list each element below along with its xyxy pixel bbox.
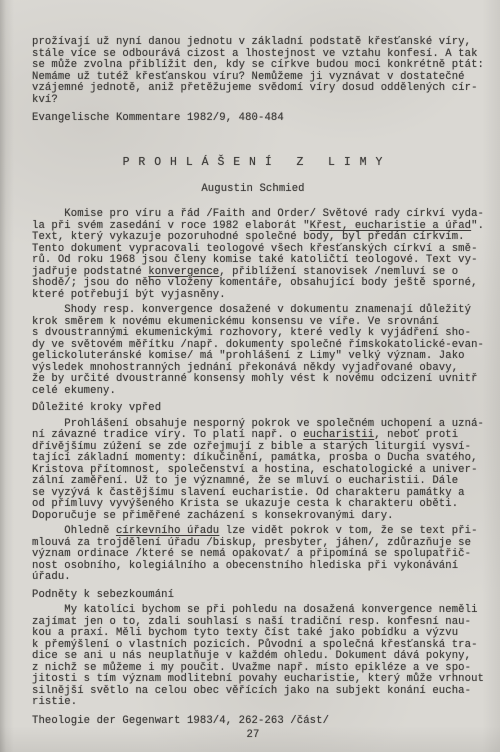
paragraph: Ohledně církevního úřadu lze vidět pokro… — [32, 526, 474, 584]
article-title: P R O H L Á Š E N Í Z L I M Y — [32, 156, 474, 170]
text-line: kví? — [32, 95, 474, 107]
underlined-text: eucharistii — [303, 429, 374, 441]
source-citation: Evangelische Kommentare 1982/9, 480-484 — [32, 113, 474, 125]
article-author: Augustin Schmied — [32, 184, 474, 196]
text-line: úřadu. — [32, 572, 474, 584]
text-line: silnější světlo na celou obec věřících j… — [32, 686, 474, 698]
text-line: Text, který vykazuje pozoruhodné společn… — [32, 232, 474, 244]
text-line: Ohledně církevního úřadu lze vidět pokro… — [32, 526, 474, 538]
paragraph: Shody resp. konvergence dosažené v dokum… — [32, 305, 474, 397]
page-number: 27 — [32, 730, 474, 742]
page-content: prožívají už nyní danou jednotu v základ… — [0, 0, 500, 742]
text-line: kou a praxí. Měli bychom tyto texty číst… — [32, 628, 474, 640]
text-line: gelickoluteránské komise/ má "prohlášení… — [32, 351, 474, 363]
text-line: které potřebují být vyjasněny. — [32, 290, 474, 302]
text-line: vzájemné jednotě, aniž přetěžujeme svědo… — [32, 83, 474, 95]
text-line: tající základní momenty: díkučinění, pam… — [32, 453, 474, 465]
text-line: My katolíci bychom se při pohledu na dos… — [32, 605, 474, 617]
text-line: se může zvolna přiblížit den, kdy se cír… — [32, 60, 474, 72]
text-line: ristie. — [32, 697, 474, 709]
document-page: prožívají už nyní danou jednotu v základ… — [0, 0, 500, 752]
page-body: prožívají už nyní danou jednotu v základ… — [32, 37, 474, 727]
paragraph: Prohlášení obsahuje nesporný pokrok ve s… — [32, 419, 474, 523]
text-line: zální zaměření. Už to je významné, že se… — [32, 476, 474, 488]
text-line: význam ordinace /které se nemá opakovat/… — [32, 549, 474, 561]
text-line: Doporučuje se přiměřené zacházení s kons… — [32, 511, 474, 523]
text-run: ". — [471, 220, 484, 232]
text-line: že by určité dvoustranné konsensy mohly … — [32, 374, 474, 386]
text-run: la při svém zasedání v roce 1982 elaborá… — [32, 220, 310, 232]
text-run: , neboť proti — [374, 429, 458, 441]
text-run: Ohledně — [32, 525, 116, 537]
underlined-text: Křest, eucharistie a úřad — [310, 220, 471, 232]
section-heading: Podněty k sebezkoumání — [32, 590, 474, 602]
text-line: prožívají už nyní danou jednotu v základ… — [32, 37, 474, 49]
source-citation: Theologie der Gegenwart 1983/4, 262-263 … — [32, 716, 474, 728]
text-line: shodě/; jsou do něho vloženy komentáře, … — [32, 278, 474, 290]
text-line: nost osobního, kolegiálního a obecenstní… — [32, 561, 474, 573]
text-run: lze vidět pokrok v tom, že se text při- — [219, 525, 477, 537]
text-line: ní závazné tradice víry. To platí např. … — [32, 430, 474, 442]
section-heading: Důležité kroky vpřed — [32, 403, 474, 415]
text-run: ní závazné tradice víry. To platí např. … — [32, 429, 303, 441]
paragraph: prožívají už nyní danou jednotu v základ… — [32, 37, 474, 106]
text-line: celé ekumeny. — [32, 386, 474, 398]
text-line: jitosti s tím význam modlitební povahy e… — [32, 674, 474, 686]
text-run: jadřuje podstatné — [32, 266, 148, 278]
paragraph: Komise pro víru a řád /Faith and Order/ … — [32, 209, 474, 301]
underlined-text: konvergence — [148, 266, 219, 278]
paragraph: My katolíci bychom se při pohledu na dos… — [32, 605, 474, 709]
text-line: od přímluvy vyvýšeného Krista se ukazuje… — [32, 499, 474, 511]
text-run: , přiblížení stanovisek /nemluví se o — [219, 266, 458, 278]
text-line: Shody resp. konvergence dosažené v dokum… — [32, 305, 474, 317]
text-line: dice se ani u nás neuplatňuje v každém o… — [32, 651, 474, 663]
text-line: s dvoustrannými ekumenickými rozhovory, … — [32, 328, 474, 340]
underlined-text: církevního úřadu — [116, 525, 219, 537]
